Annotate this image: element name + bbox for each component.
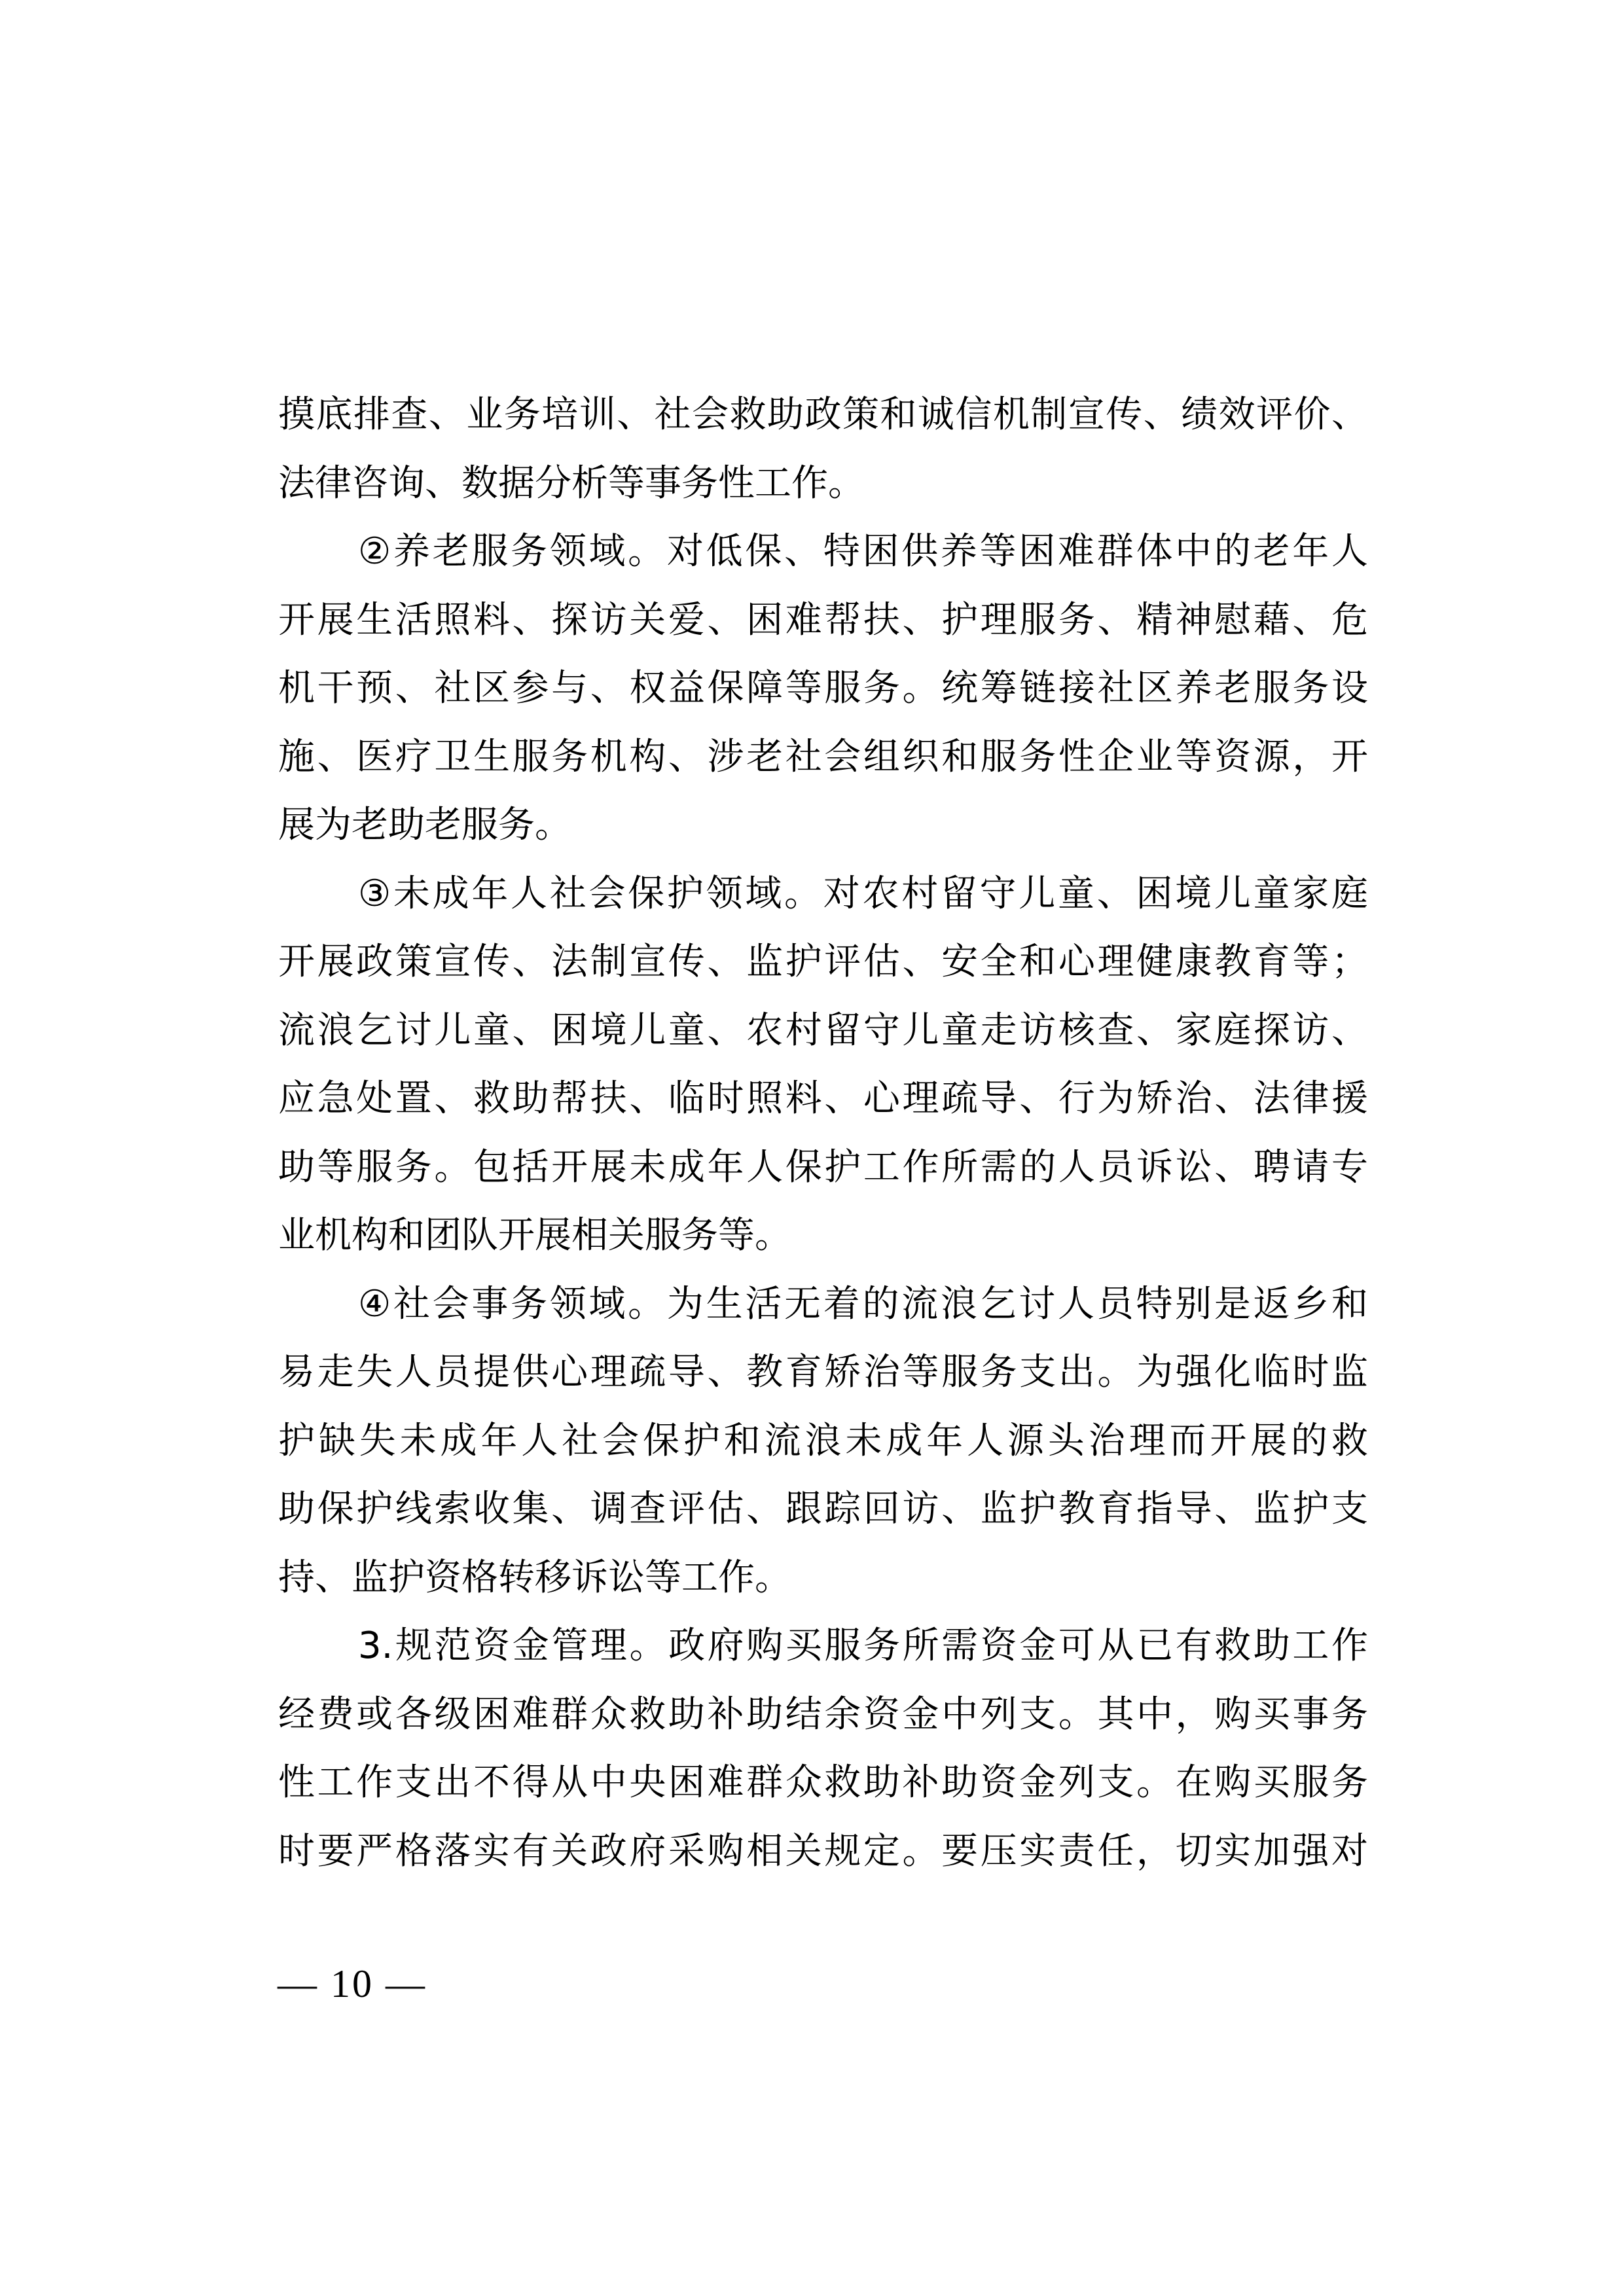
text-line: 持、监护资格转移诉讼等工作。 — [278, 1544, 1368, 1613]
text-line: ③未成年人社会保护领域。对农村留守儿童、困境儿童家庭 — [278, 860, 1368, 929]
document-page: 摸底排查、业务培训、社会救助政策和诚信机制宣传、绩效评价、 法律咨询、数据分析等… — [0, 0, 1624, 2296]
text-line: 业机构和团队开展相关服务等。 — [278, 1202, 1368, 1270]
text-line: ④社会事务领域。为生活无着的流浪乞讨人员特别是返乡和 — [278, 1270, 1368, 1339]
text-line: 开展生活照料、探访关爱、困难帮扶、护理服务、精神慰藉、危 — [278, 586, 1368, 655]
text-line: 展为老助老服务。 — [278, 791, 1368, 860]
text-line: 机干预、社区参与、权益保障等服务。统筹链接社区养老服务设 — [278, 655, 1368, 723]
text-line: 法律咨询、数据分析等事务性工作。 — [278, 450, 1368, 518]
body-text: 摸底排查、业务培训、社会救助政策和诚信机制宣传、绩效评价、 法律咨询、数据分析等… — [278, 381, 1368, 1886]
text-line: 开展政策宣传、法制宣传、监护评估、安全和心理健康教育等； — [278, 928, 1368, 997]
text-line: 应急处置、救助帮扶、临时照料、心理疏导、行为矫治、法律援 — [278, 1065, 1368, 1134]
text-line: 经费或各级困难群众救助补助结余资金中列支。其中，购买事务 — [278, 1681, 1368, 1749]
text-line: 3.规范资金管理。政府购买服务所需资金可从已有救助工作 — [278, 1612, 1368, 1681]
text-line: 易走失人员提供心理疏导、教育矫治等服务支出。为强化临时监 — [278, 1338, 1368, 1407]
text-line: 施、医疗卫生服务机构、涉老社会组织和服务性企业等资源，开 — [278, 723, 1368, 792]
page-number: — 10 — — [278, 1964, 427, 2004]
text-line: 助保护线索收集、调查评估、跟踪回访、监护教育指导、监护支 — [278, 1475, 1368, 1544]
text-line: 摸底排查、业务培训、社会救助政策和诚信机制宣传、绩效评价、 — [278, 381, 1368, 450]
text-line: 护缺失未成年人社会保护和流浪未成年人源头治理而开展的救 — [278, 1407, 1368, 1476]
text-line: ②养老服务领域。对低保、特困供养等困难群体中的老年人 — [278, 518, 1368, 586]
text-line: 时要严格落实有关政府采购相关规定。要压实责任，切实加强对 — [278, 1818, 1368, 1886]
text-line: 流浪乞讨儿童、困境儿童、农村留守儿童走访核查、家庭探访、 — [278, 997, 1368, 1066]
text-line: 助等服务。包括开展未成年人保护工作所需的人员诉讼、聘请专 — [278, 1134, 1368, 1202]
text-line: 性工作支出不得从中央困难群众救助补助资金列支。在购买服务 — [278, 1749, 1368, 1818]
